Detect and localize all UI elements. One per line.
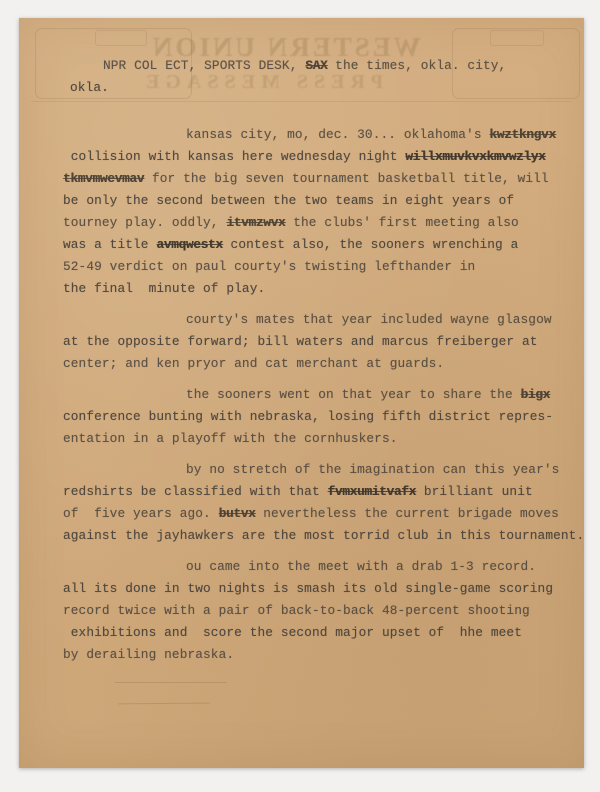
letterhead-box-right-inner (490, 30, 544, 46)
text-line: okla. (70, 77, 506, 99)
typed-text: was a title (63, 237, 156, 252)
header-address: NPR COL ECT, SPORTS DESK, SAX the times,… (70, 55, 506, 108)
text-line: at the opposite forward; bill waters and… (63, 331, 575, 353)
typed-text: nevertheless the current brigade moves (256, 506, 559, 521)
text-line: center; and ken pryor and cat merchant a… (63, 353, 575, 375)
text-line: NPR COL ECT, SPORTS DESK, SAX the times,… (70, 55, 506, 77)
typed-text: record twice with a pair of back-to-back… (63, 603, 530, 618)
typed-text: exhibitions and score the second major u… (63, 625, 522, 640)
typed-text: kansas city, mo, dec. 30... oklahoma's (186, 127, 489, 142)
letterhead-box-left-inner (95, 30, 147, 46)
typed-text: tourney play. oddly, (63, 215, 226, 230)
text-line: 52-49 verdict on paul courty's twisting … (63, 256, 575, 278)
typed-text: be only the second between the two teams… (63, 193, 514, 208)
typed-text: brilliant unit (416, 484, 533, 499)
paragraph: kansas city, mo, dec. 30... oklahoma's k… (63, 124, 575, 300)
typed-text: the clubs' first meeting also (285, 215, 518, 230)
text-line: ou came into the meet with a drab 1-3 re… (63, 556, 575, 578)
typed-text: redshirts be classified with that (63, 484, 328, 499)
typed-text: center; and ken pryor and cat merchant a… (63, 356, 444, 371)
body-text: kansas city, mo, dec. 30... oklahoma's k… (63, 124, 575, 675)
text-line: collision with kansas here wednesday nig… (63, 146, 575, 168)
struck-out-text: SAX (305, 58, 327, 73)
struck-out-text: willxmuvkvxkmvwzlyx (405, 149, 545, 164)
text-line: by derailing nebraska. (63, 644, 575, 666)
typed-text: the times, okla. city, (327, 58, 506, 73)
struck-out-text: kwztkngvx (489, 127, 555, 142)
text-line: be only the second between the two teams… (63, 190, 575, 212)
text-line: all its done in two nights is smash its … (63, 578, 575, 600)
typed-text: okla. (70, 80, 109, 95)
struck-out-text: fvmxumitvafx (328, 484, 417, 499)
text-line: redshirts be classified with that fvmxum… (63, 481, 575, 503)
text-line: conference bunting with nebraska, losing… (63, 406, 575, 428)
typed-text: the final minute of play. (63, 281, 265, 296)
paragraph: the sooners went on that year to share t… (63, 384, 575, 450)
text-line: tourney play. oddly, itvmzwvx the clubs'… (63, 212, 575, 234)
typed-text: entation in a playoff with the cornhuske… (63, 431, 398, 446)
struck-out-text: itvmzwvx (226, 215, 285, 230)
typed-text: of five years ago. (63, 506, 219, 521)
text-line: the final minute of play. (63, 278, 575, 300)
text-line: entation in a playoff with the cornhuske… (63, 428, 575, 450)
struck-out-text: butvx (219, 506, 256, 521)
typed-text: collision with kansas here wednesday nig… (63, 149, 405, 164)
paragraph: NPR COL ECT, SPORTS DESK, SAX the times,… (70, 55, 506, 99)
typed-text: all its done in two nights is smash its … (63, 581, 553, 596)
typed-text: ou came into the meet with a drab 1-3 re… (186, 559, 536, 574)
typed-text: against the jayhawkers are the most torr… (63, 528, 584, 543)
typed-text: conference bunting with nebraska, losing… (63, 409, 553, 424)
text-line: was a title avmqwestx contest also, the … (63, 234, 575, 256)
typed-text: courty's mates that year included wayne … (186, 312, 552, 327)
text-line: by no stretch of the imagination can thi… (63, 459, 575, 481)
text-line: the sooners went on that year to share t… (63, 384, 575, 406)
pencil-mark (118, 703, 210, 705)
struck-out-text: tkmvmwevmav (63, 171, 144, 186)
typed-text: 52-49 verdict on paul courty's twisting … (63, 259, 475, 274)
typed-text: by no stretch of the imagination can thi… (186, 462, 559, 477)
paragraph: courty's mates that year included wayne … (63, 309, 575, 375)
struck-out-text: bigx (521, 387, 551, 402)
press-message-sheet: WESTERN UNION PRESS MESSAGE NPR COL ECT,… (19, 18, 584, 768)
text-line: against the jayhawkers are the most torr… (63, 525, 575, 547)
paragraph: ou came into the meet with a drab 1-3 re… (63, 556, 575, 666)
text-line: tkmvmwevmav for the big seven tournament… (63, 168, 575, 190)
pencil-mark (115, 682, 227, 683)
typed-text: NPR COL ECT, SPORTS DESK, (103, 58, 305, 73)
paragraph: by no stretch of the imagination can thi… (63, 459, 575, 547)
text-line: courty's mates that year included wayne … (63, 309, 575, 331)
struck-out-text: avmqwestx (156, 237, 222, 252)
typed-text: at the opposite forward; bill waters and… (63, 334, 538, 349)
text-line: kansas city, mo, dec. 30... oklahoma's k… (63, 124, 575, 146)
typed-text: contest also, the sooners wrenching a (223, 237, 519, 252)
text-line: exhibitions and score the second major u… (63, 622, 575, 644)
typed-text: by derailing nebraska. (63, 647, 234, 662)
typed-text: the sooners went on that year to share t… (186, 387, 521, 402)
text-line: of five years ago. butvx nevertheless th… (63, 503, 575, 525)
typed-text: for the big seven tournament basketball … (144, 171, 549, 186)
text-line: record twice with a pair of back-to-back… (63, 600, 575, 622)
